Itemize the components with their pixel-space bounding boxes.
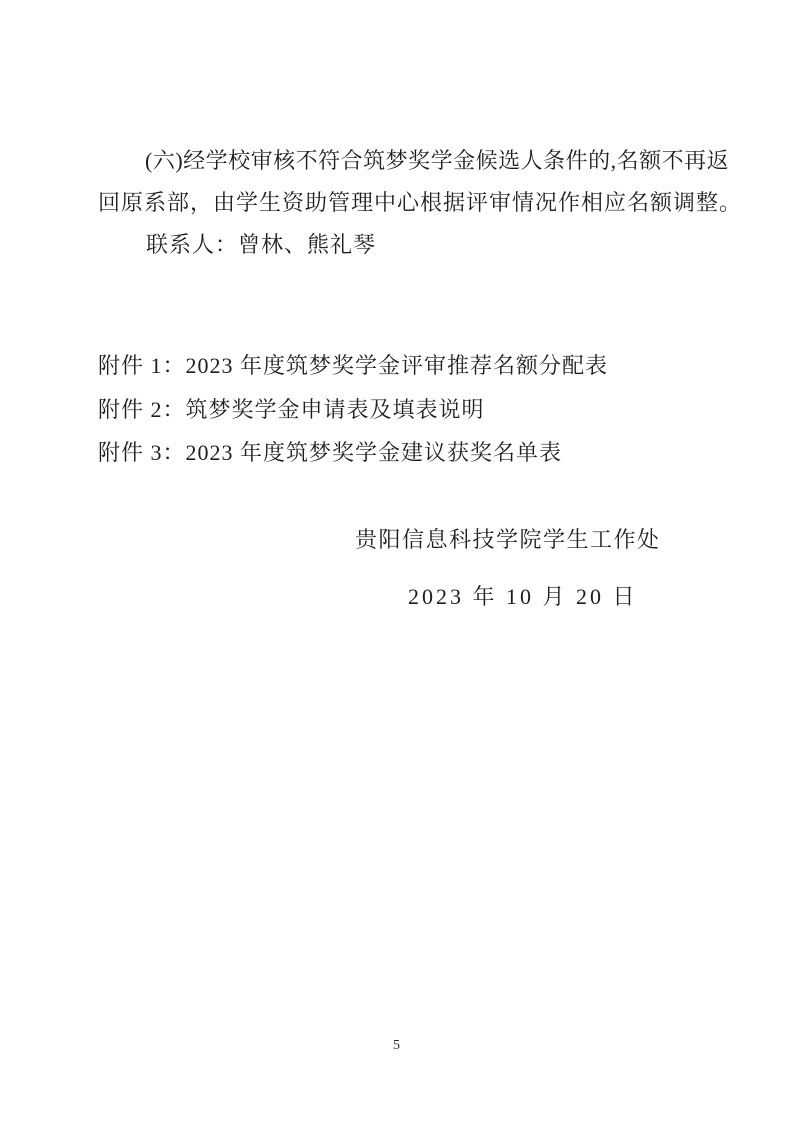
page-number: 5 — [0, 1037, 793, 1055]
signature-organization: 贵阳信息科技学院学生工作处 — [355, 527, 661, 553]
attachment-item-1: 附件 1：2023 年度筑梦奖学金评审推荐名额分配表 — [98, 353, 608, 379]
signature-date: 2023 年 10 月 20 日 — [408, 584, 638, 610]
attachment-item-2: 附件 2：筑梦奖学金申请表及填表说明 — [98, 397, 485, 423]
attachment-item-3: 附件 3：2023 年度筑梦奖学金建议获奖名单表 — [98, 440, 562, 466]
clause-line-1: (六)经学校审核不符合筑梦奖学金候选人条件的,名额不再返 — [145, 148, 729, 174]
document-page: (六)经学校审核不符合筑梦奖学金候选人条件的,名额不再返 回原系部，由学生资助管… — [0, 0, 793, 1122]
contact-line: 联系人：曾林、熊礼琴 — [146, 232, 376, 258]
clause-line-2: 回原系部，由学生资助管理中心根据评审情况作相应名额调整。 — [98, 190, 742, 216]
